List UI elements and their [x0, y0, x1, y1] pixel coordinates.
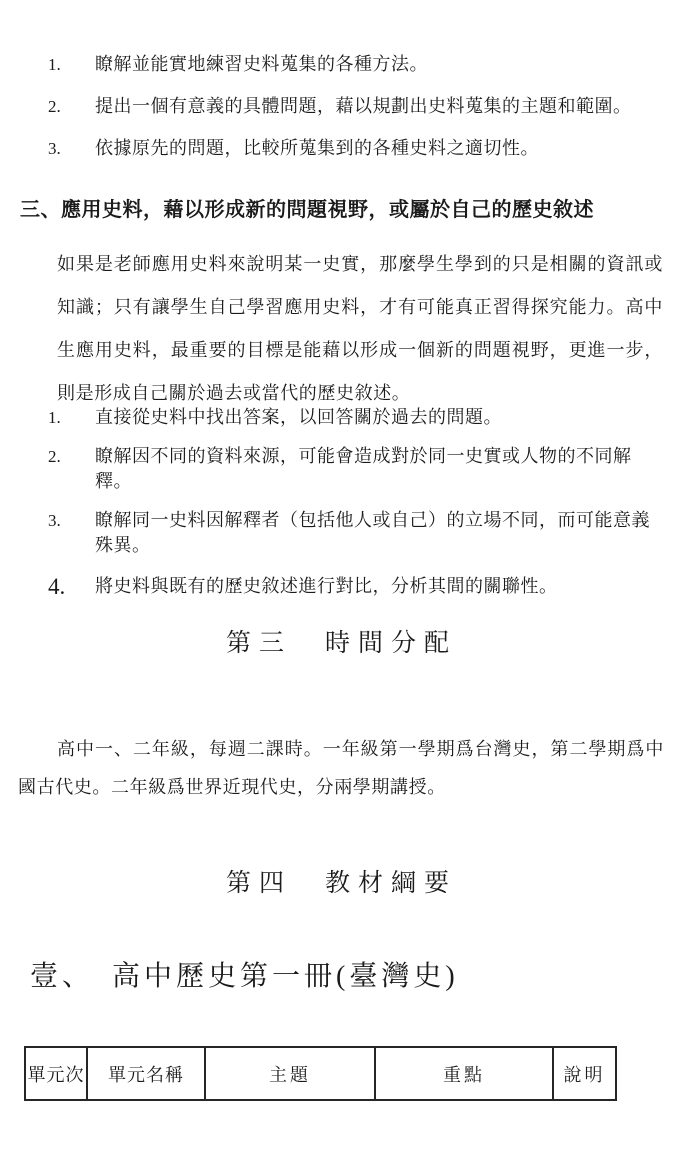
list-item: 3. 依據原先的問題，比較所蒐集到的各種史料之適切性。	[48, 136, 663, 161]
apply-sources-paragraph: 如果是老師應用史料來說明某一史實，那麼學生學到的只是相關的資訊或知識；只有讓學生…	[57, 243, 663, 415]
section-heading-apply-sources: 三、應用史料，藉以形成新的問題視野，或屬於自己的歷史敘述	[20, 197, 665, 223]
list-item: 1. 直接從史料中找出答案，以回答關於過去的問題。	[48, 405, 663, 430]
list-item-text: 瞭解並能實地練習史料蒐集的各種方法。	[95, 52, 663, 77]
list-item: 1. 瞭解並能實地練習史料蒐集的各種方法。	[48, 52, 663, 77]
list-item-text: 瞭解因不同的資料來源，可能會造成對於同一史實或人物的不同解釋。	[95, 444, 663, 494]
volume-heading: 壹、高中歷史第一冊(臺灣史)	[30, 958, 459, 996]
document-page: 1. 瞭解並能實地練習史料蒐集的各種方法。 2. 提出一個有意義的具體問題，藉以…	[0, 0, 683, 1149]
table-header-notes: 說明	[554, 1048, 615, 1099]
list-item-number: 1.	[48, 52, 95, 77]
list-item-number: 2.	[48, 94, 95, 119]
outline-table: 單元次 單元名稱 主題 重點 說明	[24, 1046, 617, 1101]
table-header-keypoints: 重點	[376, 1048, 554, 1099]
list-item-number: 4.	[48, 574, 95, 599]
chapter-heading-material-outline: 第四 教材綱要	[0, 868, 683, 900]
table-header-unit-name: 單元名稱	[88, 1048, 206, 1099]
list-item-number: 1.	[48, 405, 95, 430]
chapter-heading-time-allocation: 第三 時間分配	[0, 628, 683, 660]
list-item-number: 3.	[48, 136, 95, 161]
table-header-topic: 主題	[206, 1048, 376, 1099]
apply-sources-list: 1. 直接從史料中找出答案，以回答關於過去的問題。 2. 瞭解因不同的資料來源，…	[48, 405, 663, 613]
list-item-number: 3.	[48, 508, 95, 533]
table-header-unit-number: 單元次	[26, 1048, 88, 1099]
time-allocation-paragraph: 高中一、二年級，每週二課時。一年級第一學期爲台灣史，第二學期爲中國古代史。二年級…	[18, 730, 664, 806]
list-item-text: 直接從史料中找出答案，以回答關於過去的問題。	[95, 405, 663, 430]
list-item: 3. 瞭解同一史料因解釋者（包括他人或自己）的立場不同，而可能意義殊異。	[48, 508, 663, 558]
methods-list: 1. 瞭解並能實地練習史料蒐集的各種方法。 2. 提出一個有意義的具體問題，藉以…	[48, 52, 663, 178]
list-item-number: 2.	[48, 444, 95, 469]
list-item-text: 依據原先的問題，比較所蒐集到的各種史料之適切性。	[95, 136, 663, 161]
list-item-text: 提出一個有意義的具體問題，藉以規劃出史料蒐集的主題和範圍。	[95, 94, 663, 119]
list-item: 4. 將史料與既有的歷史敘述進行對比，分析其間的關聯性。	[48, 572, 663, 599]
list-item: 2. 瞭解因不同的資料來源，可能會造成對於同一史實或人物的不同解釋。	[48, 444, 663, 494]
list-item-text: 瞭解同一史料因解釋者（包括他人或自己）的立場不同，而可能意義殊異。	[95, 508, 663, 558]
volume-title: 高中歷史第一冊(臺灣史)	[112, 961, 459, 992]
list-item: 2. 提出一個有意義的具體問題，藉以規劃出史料蒐集的主題和範圍。	[48, 94, 663, 119]
volume-label: 壹、	[30, 961, 94, 992]
list-item-text: 將史料與既有的歷史敘述進行對比，分析其間的關聯性。	[95, 574, 663, 599]
